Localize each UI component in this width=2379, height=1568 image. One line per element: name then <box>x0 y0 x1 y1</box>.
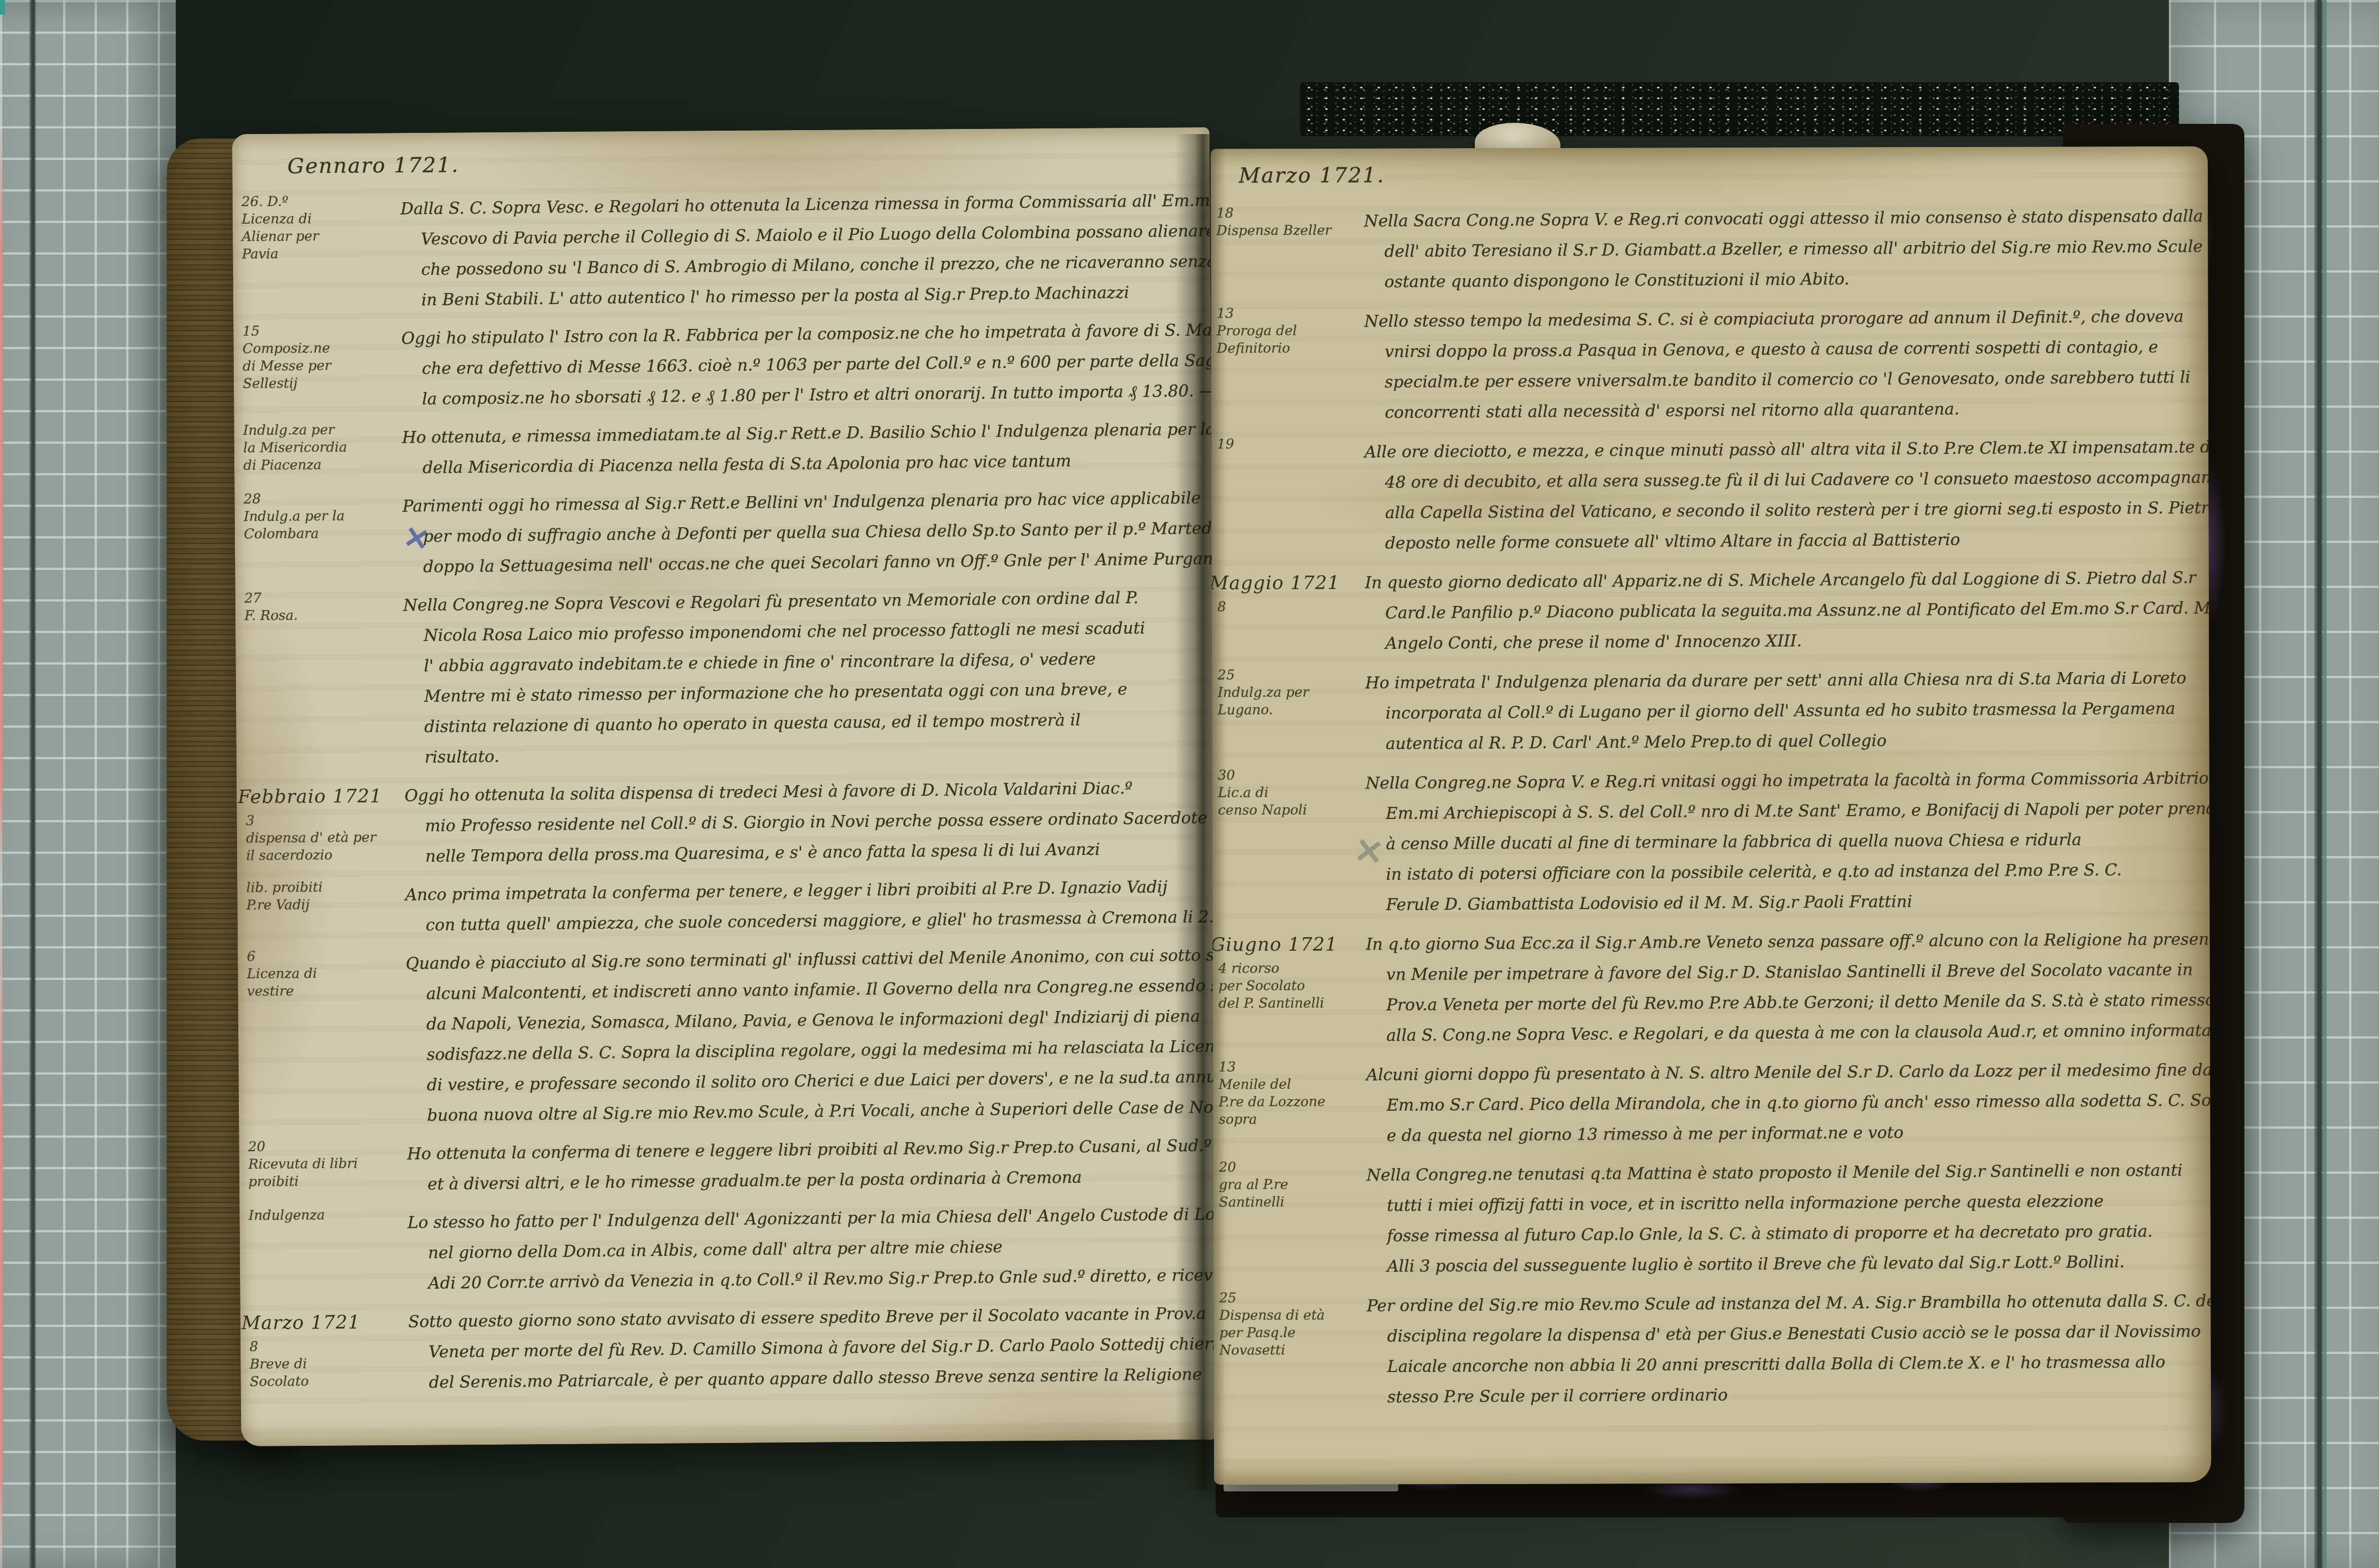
entry-margin-note: Indulg.za per <box>243 421 398 439</box>
journal-entry: 20gra al P.reSantinelliNella Congreg.ne … <box>1219 1156 2211 1281</box>
entry-text-line: Nella Sacra Cong.ne Sopra V. e Reg.ri co… <box>1364 201 2208 236</box>
teal-corner-sliver <box>0 0 5 15</box>
entries-left: 26. D.ºLicenza diAlienar perPaviaDalla S… <box>242 186 1219 1397</box>
entry-margin-note: 26. D.º <box>242 192 397 211</box>
entry-body-column: Quando è piacciuto al Sig.re sono termin… <box>406 941 1216 1129</box>
entry-margin-note: Santinelli <box>1219 1193 1363 1211</box>
entry-margin-note: 6 <box>247 947 402 965</box>
entry-text-line: Em.mo S.r Card. Pico della Mirandola, ch… <box>1366 1085 2210 1120</box>
month-header-left: Gennaro 1721. <box>287 148 1209 178</box>
entry-margin-note: Dispensa Bzeller <box>1216 222 1360 240</box>
entry-margin-column: Febbraio 17213dispensa d' età peril sace… <box>246 779 405 871</box>
entry-text-line: Alcuni giorni doppo fù presentato à N. S… <box>1366 1054 2210 1090</box>
entry-margin-column: 30Lic.a dicenso Napoli <box>1218 767 1366 919</box>
entry-margin-column: Giugno 17214 ricorsoper Socolatodel P. S… <box>1219 928 1367 1050</box>
entry-margin-note: Menile del <box>1219 1076 1363 1094</box>
entry-margin-note: Novasetti <box>1219 1342 1363 1360</box>
entry-margin-note: 15 <box>242 322 398 340</box>
entry-margin-note: Definitorio <box>1217 340 1361 358</box>
journal-entry: 13Proroga delDefinitorioNello stesso tem… <box>1217 302 2209 427</box>
month-section-label: Maggio 1721 <box>1211 572 1362 594</box>
entry-body-column: Lo stesso ho fatto per l' Indulgenza del… <box>407 1200 1217 1297</box>
mat-red-edge-line <box>0 0 3 1568</box>
month-section-label: Giugno 1721 <box>1211 933 1363 956</box>
entry-margin-note: Socolato <box>250 1372 405 1391</box>
entry-text-line: Prov.a Veneta per morte del fù Rev.mo P.… <box>1366 985 2210 1020</box>
entry-body-column: Nella Congreg.ne tenutasi q.ta Mattina è… <box>1367 1156 2211 1280</box>
entry-text-line: Ferule D. Giambattista Lodovisio ed il M… <box>1366 884 2209 920</box>
entry-margin-note: di Piacenza <box>243 456 399 474</box>
entry-margin-note: Ricevuta di libri <box>248 1155 404 1173</box>
entry-body-column: Sotto questo giorno sono stato avvisato … <box>408 1299 1218 1396</box>
journal-entry: 26. D.ºLicenza diAlienar perPaviaDalla S… <box>242 186 1211 315</box>
entry-margin-column: 28Indulg.a per laColombara <box>243 489 403 582</box>
entry-margin-note: Breve di <box>250 1355 405 1373</box>
entry-text-line: Per ordine del Sig.re mio Rev.mo Scule a… <box>1367 1285 2211 1321</box>
journal-entry: 28Indulg.a per laColombaraParimenti oggi… <box>243 484 1212 582</box>
entry-margin-note: P.re da Lozzone <box>1219 1093 1363 1111</box>
entry-text-line: alla S. Cong.ne Sopra Vesc. e Regolari, … <box>1366 1015 2210 1050</box>
entry-margin-note: P.re Vadij <box>246 896 402 914</box>
journal-entry: 13Menile delP.re da LozzonesopraAlcuni g… <box>1219 1056 2210 1150</box>
pencil-cross-mark: ✕ <box>1351 829 1386 874</box>
entry-text-line: deposto nelle forme consuete all' vltimo… <box>1365 523 2209 558</box>
entry-margin-note: 30 <box>1218 767 1362 785</box>
manuscript-page-right: Marzo 1721. 18Dispensa BzellerNella Sacr… <box>1211 146 2211 1485</box>
entry-text-line: Nello stesso tempo la medesima S. C. si … <box>1364 301 2208 336</box>
entry-text-line: In questo giorno dedicato all' Appariz.n… <box>1365 562 2209 598</box>
entry-text-line: Alli 3 poscia del susseguente luglio è s… <box>1367 1246 2211 1281</box>
entry-text-line: e da questa nel giorno 13 rimesso à me p… <box>1366 1115 2210 1151</box>
entry-margin-note: 28 <box>243 489 399 508</box>
entry-margin-column: 13Menile delP.re da Lozzonesopra <box>1219 1058 1366 1150</box>
month-section-label: Marzo 1721 <box>241 1311 404 1334</box>
entry-body-column: Per ordine del Sig.re mio Rev.mo Scule a… <box>1367 1287 2211 1411</box>
entry-margin-note: proibiti <box>248 1172 404 1191</box>
entry-margin-column: Indulg.za perla Misericordiadi Piacenza <box>243 421 402 483</box>
entry-margin-note: Licenza di <box>242 210 397 228</box>
entry-text-line: tutti i miei offizij fatti in voce, et i… <box>1367 1185 2211 1220</box>
entry-margin-note: sopra <box>1219 1111 1363 1129</box>
entry-margin-note: la Misericordia <box>243 438 399 457</box>
journal-entry: Indulg.za perla Misericordiadi PiacenzaH… <box>243 415 1212 483</box>
entry-text-line: in istato di potersi officiare con la po… <box>1366 854 2209 889</box>
entry-margin-note: Proroga del <box>1217 322 1361 340</box>
entry-body-column: In q.to giorno Sua Ecc.za il Sig.r Amb.r… <box>1366 925 2211 1049</box>
entry-margin-note: lib. proibiti <box>246 878 402 897</box>
entry-text-line: Nella Congreg.ne tenutasi q.ta Mattina è… <box>1367 1155 2211 1190</box>
entry-margin-column: 13Proroga delDefinitorio <box>1217 305 1365 427</box>
journal-entry: 20Ricevuta di libriproibitiHo ottenuta l… <box>248 1132 1217 1199</box>
entry-text-line: Em.mi Archiepiscopi à S. S. del Coll.º n… <box>1366 793 2209 828</box>
mat-dark-rule-line-right <box>2314 0 2323 1568</box>
entry-margin-column: 26. D.ºLicenza diAlienar perPavia <box>242 192 402 315</box>
entry-margin-column: 18Dispensa Bzeller <box>1216 204 1364 296</box>
entry-margin-note: censo Napoli <box>1218 801 1362 819</box>
entry-margin-note: Lugano. <box>1217 701 1362 719</box>
entry-margin-note: 13 <box>1217 305 1361 323</box>
entry-margin-note: Sellestij <box>243 374 398 393</box>
entry-text-line: Nella Congreg.ne Sopra V. e Reg.ri vnita… <box>1366 763 2209 798</box>
entry-margin-note: per Pasq.le <box>1219 1324 1363 1342</box>
book-gutter-shadow <box>1175 134 1226 1490</box>
journal-entry: IndulgenzaLo stesso ho fatto per l' Indu… <box>248 1200 1217 1298</box>
entry-text-line: 48 ore di decubito, et alla sera susseg.… <box>1364 462 2208 497</box>
entry-text-line: specialm.te per essere vniversalm.te ban… <box>1364 362 2208 397</box>
entry-body-column: Nello stesso tempo la medesima S. C. si … <box>1364 302 2209 426</box>
entry-body-column: Ho ottenuta, e rimessa immediatam.te al … <box>402 415 1212 482</box>
journal-entry: 18Dispensa BzellerNella Sacra Cong.ne So… <box>1216 202 2208 296</box>
entry-body-column: Alcuni giorni doppo fù presentato à N. S… <box>1366 1056 2210 1150</box>
entry-body-column: Nella Sacra Cong.ne Sopra V. e Reg.ri co… <box>1364 202 2208 296</box>
entry-text-line: In q.to giorno Sua Ecc.za il Sig.r Amb.r… <box>1366 924 2209 959</box>
entry-margin-note: 4 ricorso <box>1219 960 1363 978</box>
journal-entry: Giugno 17214 ricorsoper Socolatodel P. S… <box>1219 925 2211 1050</box>
entry-text-line: Card.le Panfilio p.º Diacono publicata l… <box>1365 593 2209 628</box>
journal-entry: 25Dispensa di etàper Pasq.leNovasettiPer… <box>1219 1287 2211 1411</box>
entry-margin-column: 19 <box>1217 435 1365 558</box>
entry-text-line: dell' abito Teresiano il S.r D. Giambatt… <box>1364 231 2208 266</box>
entry-text-line: vn Menile per impetrare à favore del Sig… <box>1366 954 2210 990</box>
entry-margin-note: di Messe per <box>243 357 398 375</box>
entry-text-line: incorporata al Coll.º di Lugano per il g… <box>1365 693 2209 728</box>
entry-text-line: à censo Mille ducati al fine di terminar… <box>1366 823 2209 859</box>
mat-teal-highlight-line <box>2323 0 2327 1568</box>
entry-margin-note: Indulg.a per la <box>244 507 399 525</box>
entry-margin-note: dispensa d' età per <box>246 828 402 847</box>
entries-right: 18Dispensa BzellerNella Sacra Cong.ne So… <box>1216 202 2211 1411</box>
entry-margin-note: 18 <box>1216 204 1360 222</box>
entry-body-column: In questo giorno dedicato all' Appariz.n… <box>1365 564 2209 657</box>
entry-margin-note: vestire <box>247 982 402 1000</box>
entry-margin-note: 25 <box>1217 666 1362 684</box>
journal-entry: Febbraio 17213dispensa d' età peril sace… <box>246 773 1215 871</box>
entry-text-line: alla Capella Sistina del Vaticano, e sec… <box>1364 492 2208 528</box>
entry-margin-note: Licenza di <box>247 964 402 983</box>
grid-mat-left <box>0 0 176 1568</box>
entry-body-column: Parimenti oggi ho rimessa al Sig.r Rett.… <box>402 484 1212 581</box>
entry-margin-column: 27F. Rosa. <box>244 589 404 772</box>
entry-body-column: Dalla S. C. Sopra Vesc. e Regolari ho ot… <box>401 186 1211 314</box>
entry-margin-note: 3 <box>246 811 401 830</box>
entry-body-column: Alle ore dieciotto, e mezza, e cinque mi… <box>1364 433 2209 557</box>
entry-margin-column: Maggio 17218 <box>1217 566 1365 658</box>
entry-margin-note: Alienar per <box>242 227 397 246</box>
journal-entry: 27F. Rosa.Nella Congreg.ne Sopra Vescovi… <box>244 583 1214 772</box>
entry-margin-note: 27 <box>244 589 400 607</box>
entry-text-line: Laicale ancorche non abbia li 20 anni pr… <box>1367 1346 2211 1382</box>
entry-margin-note: 8 <box>250 1337 405 1356</box>
entry-text-line: disciplina regolare la dispensa d' età p… <box>1367 1316 2211 1351</box>
journal-entry: Maggio 17218In questo giorno dedicato al… <box>1217 564 2209 658</box>
entry-margin-note: 20 <box>248 1137 403 1156</box>
entry-text-line: concorrenti stati alla necessità d' espo… <box>1364 392 2208 427</box>
entry-margin-note: F. Rosa. <box>244 606 400 625</box>
foam-spacer-strip <box>1300 82 2179 136</box>
manuscript-page-left: Gennaro 1721. 26. D.ºLicenza diAlienar p… <box>232 127 1219 1446</box>
entry-margin-note: gra al P.re <box>1219 1176 1363 1194</box>
entry-margin-column: lib. proibitiP.re Vadij <box>246 878 406 940</box>
entry-margin-note: Dispensa di età <box>1219 1307 1363 1325</box>
month-header-right: Marzo 1721. <box>1239 161 2208 188</box>
journal-entry: 25Indulg.za perLugano.Ho impetrata l' In… <box>1217 664 2209 758</box>
journal-entry: 19Alle ore dieciotto, e mezza, e cinque … <box>1217 433 2209 558</box>
entry-margin-column: 20Ricevuta di libriproibiti <box>248 1137 407 1199</box>
journal-entry: 6Licenza divestireQuando è piacciuto al … <box>247 941 1216 1130</box>
entry-text-line: Angelo Conti, che prese il nome d' Innoc… <box>1365 623 2209 658</box>
entry-margin-note: Indulgenza <box>248 1206 404 1224</box>
entry-margin-column: Indulgenza <box>248 1206 408 1298</box>
entry-margin-note: Indulg.za per <box>1217 684 1362 702</box>
entry-body-column: Oggi ho stipulato l' Istro con la R. Fab… <box>401 316 1211 413</box>
entry-margin-note: 19 <box>1217 435 1361 453</box>
entry-text-line: vnirsi doppo la pross.a Pasqua in Genova… <box>1364 331 2208 367</box>
entry-margin-column: 20gra al P.reSantinelli <box>1219 1159 1367 1281</box>
entry-body-column: Oggi ho ottenuta la solita dispensa di t… <box>404 773 1215 870</box>
photograph-scene: Gennaro 1721. 26. D.ºLicenza diAlienar p… <box>0 0 2379 1568</box>
entry-margin-note: 8 <box>1217 598 1362 616</box>
entry-margin-note: 20 <box>1219 1159 1363 1177</box>
entry-text-line: ostante quanto dispongono le Constituzio… <box>1364 261 2208 297</box>
entry-margin-note: Pavia <box>242 244 397 263</box>
entry-text-line: autentica al R. P. D. Carl' Ant.º Melo P… <box>1366 723 2209 759</box>
entry-margin-note: 25 <box>1219 1289 1363 1307</box>
entry-margin-column: 6Licenza divestire <box>247 947 407 1130</box>
entry-body-column: Anco prima impetrata la conferma per ten… <box>405 872 1215 939</box>
entry-body-column: Nella Congreg.ne Sopra Vescovi e Regolar… <box>403 583 1214 771</box>
entry-margin-note: Lic.a di <box>1218 784 1362 802</box>
entry-text-line: Ho impetrata l' Indulgenza plenaria da d… <box>1365 662 2209 698</box>
entry-margin-column: 25Indulg.za perLugano. <box>1217 666 1365 758</box>
entry-margin-column: 25Dispensa di etàper Pasq.leNovasetti <box>1219 1289 1367 1411</box>
month-section-label: Febbraio 1721 <box>238 785 401 808</box>
journal-entry: 15Composiz.nedi Messe perSellestijOggi h… <box>242 316 1211 414</box>
entry-margin-note: Composiz.ne <box>242 339 398 358</box>
entry-body-column: Ho impetrata l' Indulgenza plenaria da d… <box>1365 664 2209 758</box>
entry-margin-column: Marzo 17218Breve diSocolato <box>249 1305 408 1397</box>
journal-entry: lib. proibitiP.re VadijAnco prima impetr… <box>246 872 1215 940</box>
entry-margin-note: il sacerdozio <box>246 846 402 865</box>
mat-dark-rule-line <box>29 0 36 1568</box>
entry-body-column: Nella Congreg.ne Sopra V. e Reg.ri vnita… <box>1366 764 2210 919</box>
entry-text-line: stesso P.re Scule per il corriere ordina… <box>1367 1377 2211 1412</box>
entry-body-column: Ho ottenuta la conferma di tenere e legg… <box>407 1132 1217 1198</box>
entry-margin-note: per Socolato <box>1219 977 1363 995</box>
entry-margin-column: 15Composiz.nedi Messe perSellestij <box>242 322 402 414</box>
entry-text-line: fosse rimessa al futuro Cap.lo Gnle, la … <box>1367 1215 2211 1251</box>
journal-entry: Marzo 17218Breve diSocolatoSotto questo … <box>249 1299 1218 1397</box>
entry-margin-note: del P. Santinelli <box>1219 995 1363 1013</box>
entry-margin-note: 13 <box>1219 1058 1363 1076</box>
entry-text-line: Alle ore dieciotto, e mezza, e cinque mi… <box>1364 431 2208 467</box>
entry-margin-note: Colombara <box>244 524 399 543</box>
